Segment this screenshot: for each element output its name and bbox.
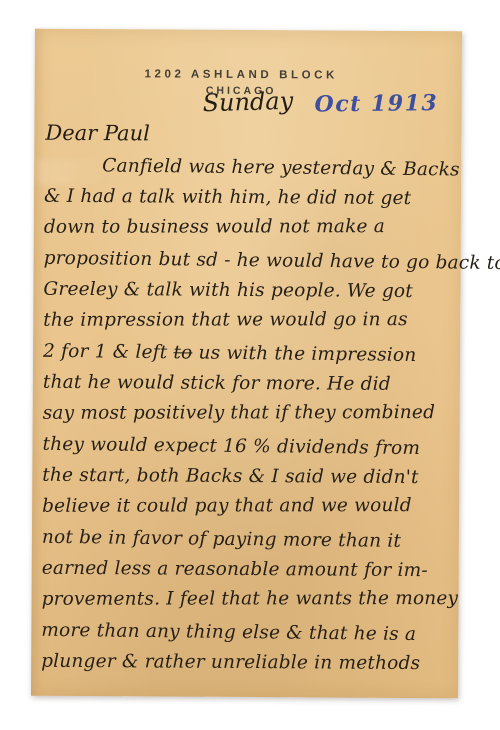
line-text: the start, both Backs & I said we didn't (42, 465, 418, 488)
line-text: they would expect 16 % dividends from (42, 434, 420, 459)
letterhead-address: 1202 ASHLAND BLOCK (35, 68, 448, 83)
letter-line: down to business would not make a (44, 211, 455, 243)
letter-paper: 1202 ASHLAND BLOCK CHICAGO Sunday Oct 19… (31, 29, 462, 699)
line-text: us with the impression (192, 342, 416, 366)
line-text: & I had a talk with him, he did not get (44, 186, 411, 209)
line-text: down to business would not make a (44, 216, 385, 238)
letter-line: earned less a reasonable amount for im- (42, 553, 453, 587)
line-text: believe it could pay that and we would (42, 495, 412, 517)
letter-line: say most positively that if they combine… (43, 397, 454, 429)
letter-line: Canfield was here yesterday & Backs (44, 150, 455, 186)
letter-line: the start, both Backs & I said we didn't (42, 460, 453, 494)
letter-line: plunger & rather unreliable in methods (41, 646, 452, 680)
letter-line: Greeley & talk with his people. We got (43, 274, 454, 308)
letter-line: 2 for 1 & left to us with the impression (43, 336, 454, 372)
line-text: Greeley & talk with his people. We got (43, 279, 413, 302)
letter-line: proposition but sd - he would have to go… (43, 243, 454, 279)
line-text: that he would stick for more. He did (43, 372, 391, 395)
line-text: more than any thing else & that he is a (41, 620, 416, 645)
letter-line: more than any thing else & that he is a (41, 615, 452, 651)
letter-photo: 1202 ASHLAND BLOCK CHICAGO Sunday Oct 19… (0, 0, 500, 730)
line-text: not be in favor of paying more than it (42, 527, 401, 552)
letter-line: that he would stick for more. He did (43, 367, 454, 401)
line-text: the impression that we would go in as (43, 309, 408, 331)
line-text: proposition but sd - he would have to go… (44, 248, 500, 274)
line-text: plunger & rather unreliable in methods (41, 651, 420, 674)
letter-line: believe it could pay that and we would (42, 490, 453, 522)
handwritten-day: Sunday (202, 87, 293, 118)
line-text: earned less a reasonable amount for im- (42, 558, 428, 581)
letter-body: Canfield was here yesterday & Backs& I h… (41, 150, 455, 680)
line-text: 2 for 1 & left (43, 341, 174, 363)
line-text: provements. I feel that he wants the mon… (42, 588, 459, 610)
letter-line: provements. I feel that he wants the mon… (42, 583, 453, 615)
letter-line: & I had a talk with him, he did not get (44, 181, 455, 215)
date-annotation: Oct 1913 (314, 90, 438, 117)
letter-line: they would expect 16 % dividends from (42, 429, 453, 465)
letter-line: not be in favor of paying more than it (42, 522, 453, 558)
line-text: Canfield was here yesterday & Backs (102, 155, 460, 180)
salutation: Dear Paul (45, 121, 150, 146)
letter-line: the impression that we would go in as (43, 304, 454, 336)
struck-word: to (173, 342, 192, 363)
dateline: Sunday Oct 1913 (203, 88, 438, 117)
line-text: say most positively that if they combine… (43, 402, 435, 424)
